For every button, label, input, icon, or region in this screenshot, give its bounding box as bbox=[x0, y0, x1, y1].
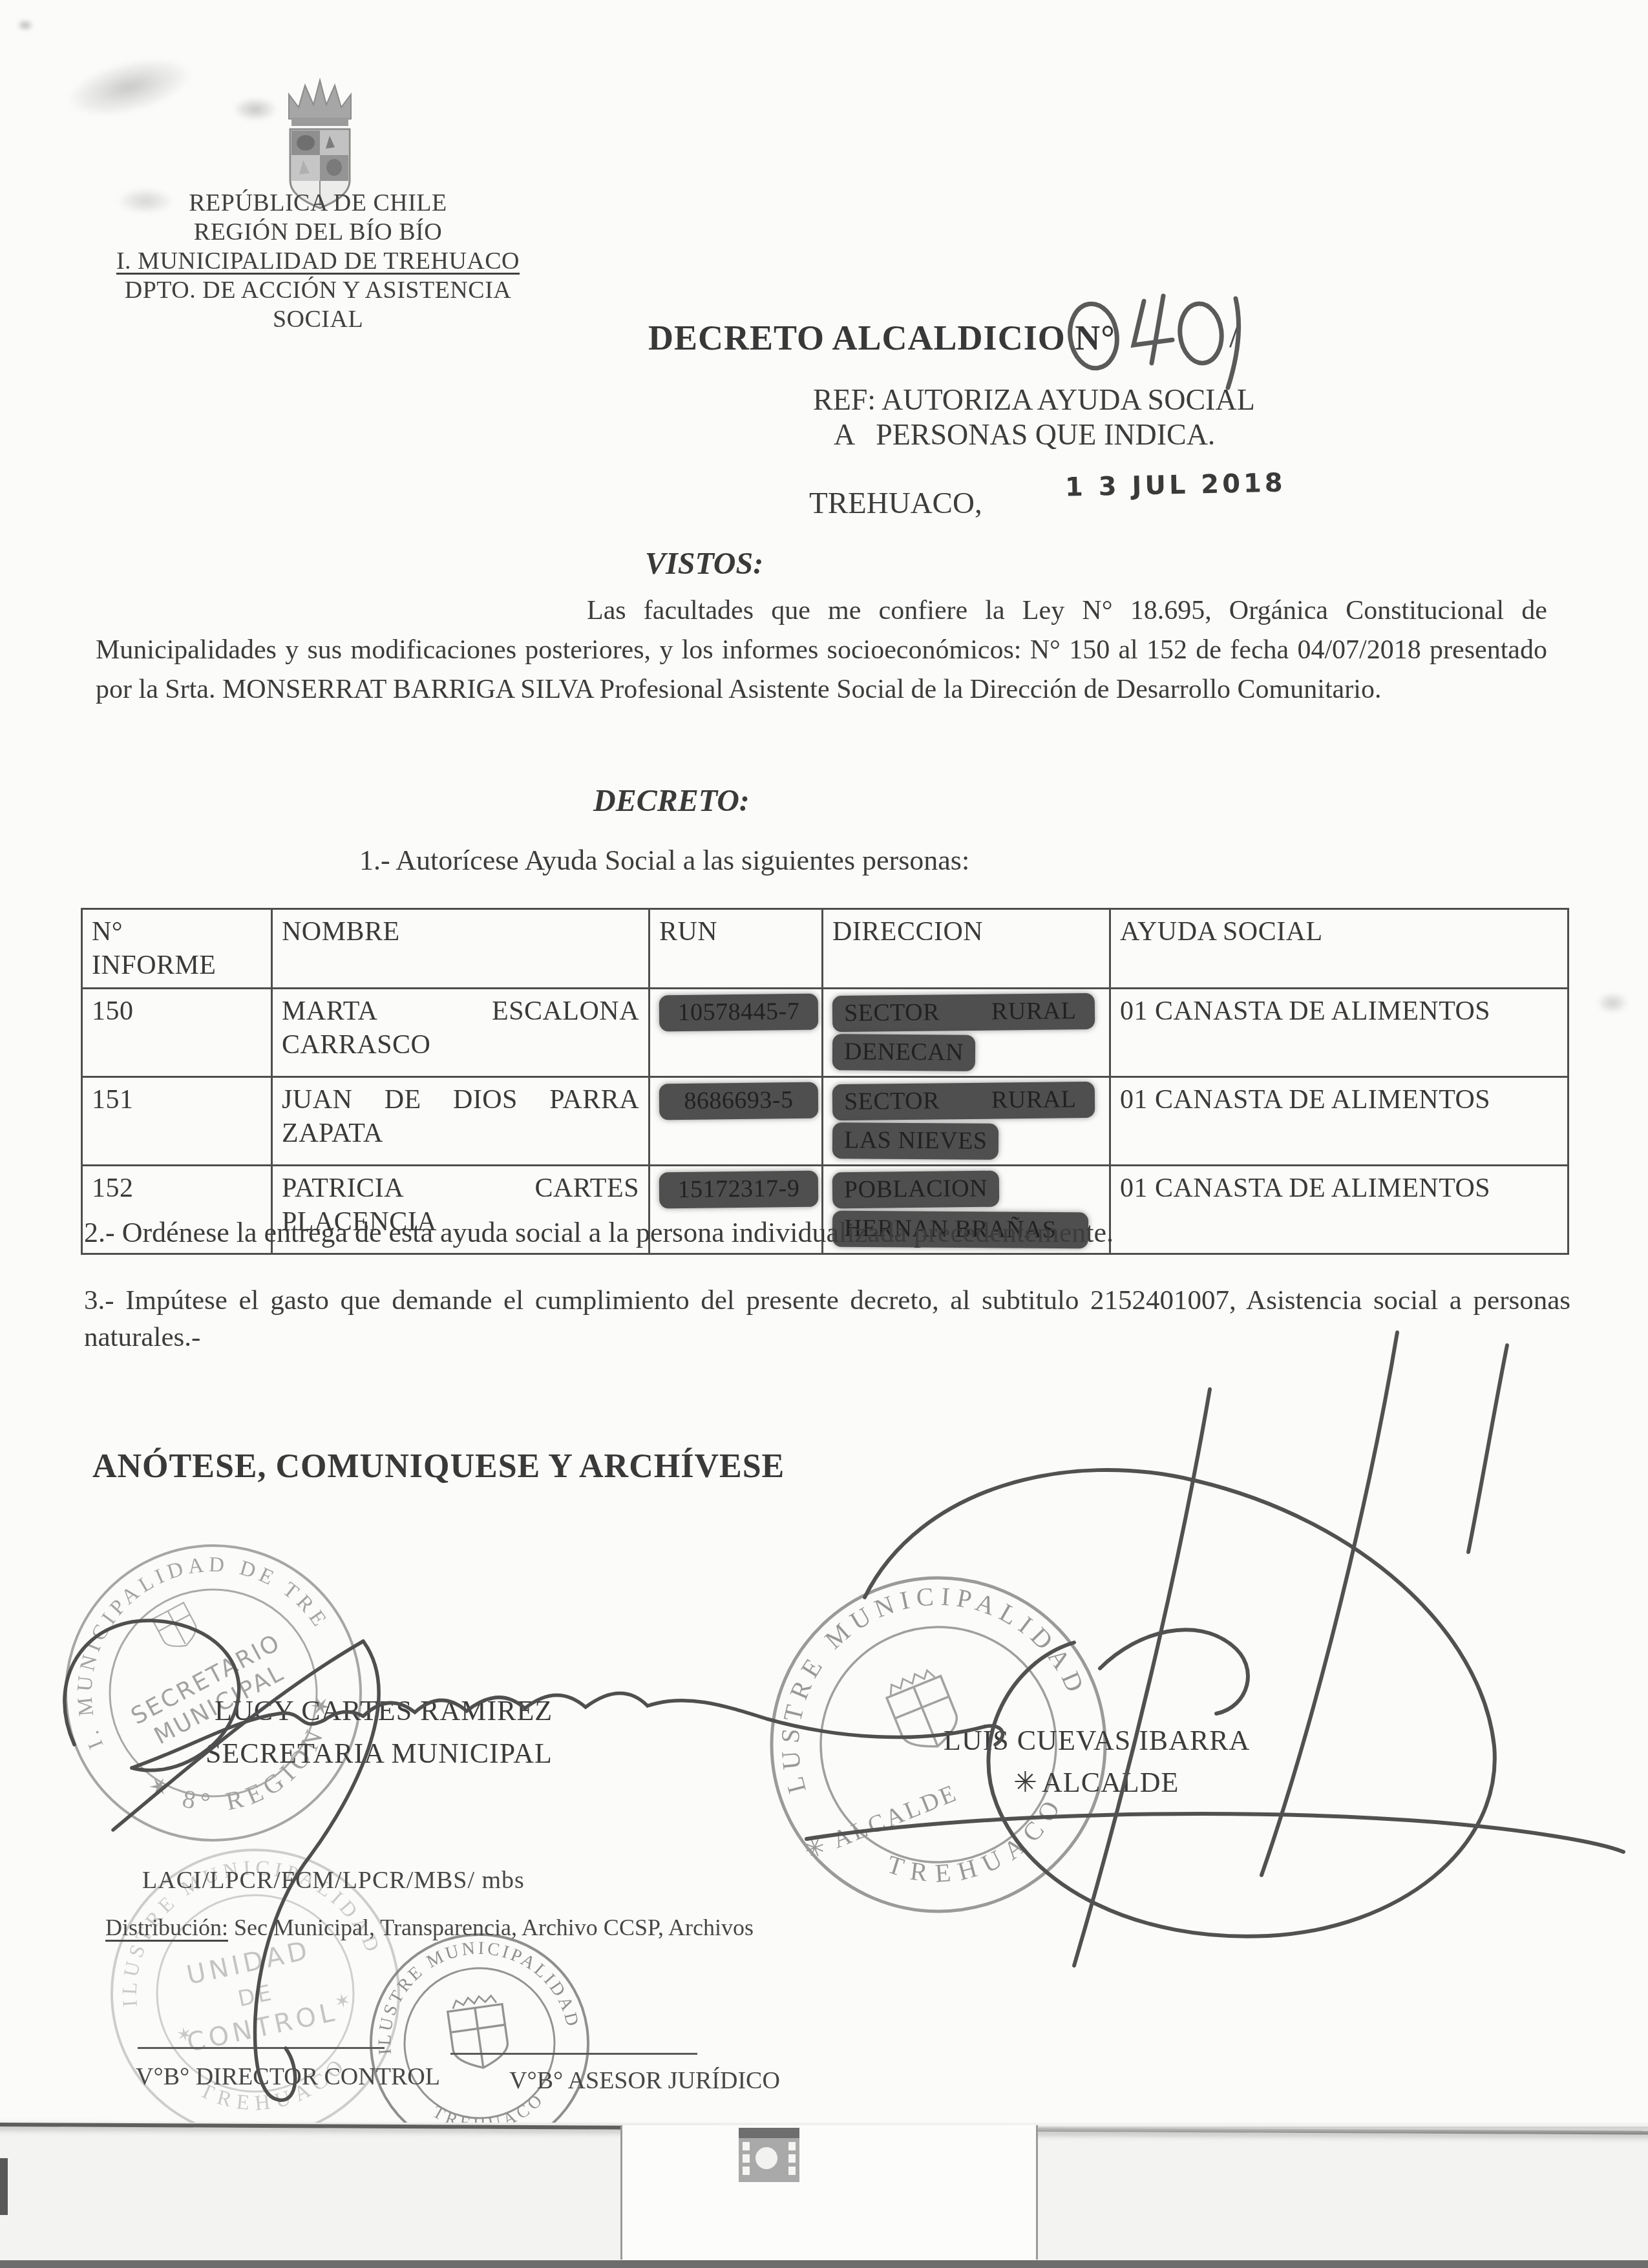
film-icon bbox=[739, 2128, 799, 2182]
table-header-row: N° INFORME NOMBRE RUN DIRECCION AYUDA SO… bbox=[82, 909, 1569, 989]
signer-left-name: LUCY CARTES RAMIREZ bbox=[215, 1694, 553, 1727]
cell-informe: 150 bbox=[82, 989, 272, 1077]
redaction-bar: 10578445-7 bbox=[659, 994, 819, 1032]
reference-block: REF: AUTORIZA AYUDA SOCIAL A PERSONAS QU… bbox=[813, 383, 1255, 452]
signer-left-role: SECRETARIA MUNICIPAL bbox=[206, 1737, 553, 1770]
svg-text:DE: DE bbox=[235, 1980, 276, 2013]
cell-nombre: JUAN DE DIOS PARRA ZAPATA bbox=[272, 1077, 650, 1166]
scan-bottom-band bbox=[0, 2260, 1648, 2268]
edge-shadow-right bbox=[1038, 2126, 1648, 2138]
film-band bbox=[739, 2128, 799, 2138]
distribution-label: Distribución: bbox=[105, 1915, 228, 1940]
date-stamp: 1 3 JUL 2018 bbox=[1065, 468, 1287, 502]
cell-nombre: MARTA ESCALONA CARRASCO bbox=[272, 989, 650, 1077]
stamp-secretaria-municipal: I. MUNICIPALIDAD DE TRE ✶ 8° REGIÓN ✶ SE… bbox=[14, 1494, 413, 1893]
closing-formula: ANÓTESE, COMUNIQUESE Y ARCHÍVESE bbox=[92, 1447, 785, 1486]
svg-text:✳ ALCALDE: ✳ ALCALDE bbox=[801, 1779, 962, 1865]
cell-run: 10578445-7 bbox=[650, 989, 823, 1077]
signer-right-role: ALCALDE bbox=[1042, 1766, 1179, 1799]
signer-right-name: LUIS CUEVAS IBARRA bbox=[944, 1724, 1250, 1757]
backing-paper-strip bbox=[620, 2125, 1038, 2260]
col-header-ayuda: AYUDA SOCIAL bbox=[1110, 909, 1569, 989]
decreto-point-2: 2.- Ordénese la entrega de esta ayuda so… bbox=[84, 1216, 1570, 1249]
place-line: TREHUACO, bbox=[809, 486, 982, 521]
decreto-label: DECRETO: bbox=[593, 783, 750, 819]
cell-run: 8686693-5 bbox=[650, 1077, 823, 1166]
letterhead-line: I. MUNICIPALIDAD DE TREHUACO bbox=[84, 247, 552, 276]
film-blob bbox=[755, 2147, 777, 2169]
cell-ayuda: 01 CANASTA DE ALIMENTOS bbox=[1110, 1077, 1569, 1166]
page-title: DECRETO ALCALDICIO N° bbox=[648, 318, 1115, 358]
vistos-paragraph: Las facultades que me confiere la Ley N°… bbox=[96, 591, 1547, 709]
ref-line2: A PERSONAS QUE INDICA. bbox=[834, 418, 1215, 451]
vb-asesor-juridico: V°B° ASESOR JURÍDICO bbox=[509, 2066, 780, 2095]
redaction-bar: LAS NIEVES bbox=[832, 1122, 999, 1160]
distribution-text: Sec.Municipal, Transparencia, Archivo CC… bbox=[228, 1915, 754, 1940]
vb-right-line bbox=[450, 2053, 697, 2055]
svg-text:ILUSTRE MUNICIPALIDAD: ILUSTRE MUNICIPALIDAD bbox=[361, 1925, 584, 2057]
col-header-informe: N° INFORME bbox=[82, 909, 272, 989]
letterhead-line: DPTO. DE ACCIÓN Y ASISTENCIA SOCIAL bbox=[84, 276, 552, 334]
signer-right-role-star: ✳ bbox=[1013, 1766, 1038, 1799]
col-header-direccion: DIRECCION bbox=[823, 909, 1110, 989]
col-header-run: RUN bbox=[650, 909, 823, 989]
letterhead-line: REPÚBLICA DE CHILE bbox=[84, 189, 552, 218]
cell-direccion: SECTOR RURAL LAS NIEVES bbox=[823, 1077, 1110, 1166]
svg-text:UNIDAD: UNIDAD bbox=[184, 1935, 314, 1991]
ref-line1: REF: AUTORIZA AYUDA SOCIAL bbox=[813, 383, 1255, 416]
scan-left-edge bbox=[0, 2158, 8, 2215]
cell-ayuda: 01 CANASTA DE ALIMENTOS bbox=[1110, 989, 1569, 1077]
redaction-bar: SECTOR RURAL bbox=[832, 993, 1095, 1032]
redaction-bar: POBLACION bbox=[832, 1171, 1000, 1209]
table-row: 151 JUAN DE DIOS PARRA ZAPATA 8686693-5 … bbox=[82, 1077, 1569, 1166]
col-header-nombre: NOMBRE bbox=[272, 909, 650, 989]
vb-left-line bbox=[138, 2047, 385, 2049]
redaction-bar: 8686693-5 bbox=[659, 1082, 819, 1120]
letterhead-line: REGIÓN DEL BÍO BÍO bbox=[84, 218, 552, 247]
redaction-bar: SECTOR RURAL bbox=[832, 1082, 1095, 1120]
responsibility-initials: LACI/LPCR/FCM/LPCR/MBS/ mbs bbox=[142, 1866, 525, 1895]
scan-background bbox=[0, 2123, 1648, 2268]
cell-informe: 151 bbox=[82, 1077, 272, 1166]
vb-director-control: V°B° DIRECTOR CONTROL bbox=[136, 2063, 440, 2091]
beneficiaries-table: N° INFORME NOMBRE RUN DIRECCION AYUDA SO… bbox=[81, 908, 1569, 1255]
letterhead: REPÚBLICA DE CHILE REGIÓN DEL BÍO BÍO I.… bbox=[84, 189, 552, 334]
svg-text:✶: ✶ bbox=[174, 2022, 195, 2048]
decreto-point-1: 1.- Autorícese Ayuda Social a las siguie… bbox=[359, 844, 969, 877]
redaction-bar: 15172317-9 bbox=[659, 1171, 819, 1209]
vistos-label: VISTOS: bbox=[645, 546, 763, 582]
redaction-bar: DENECAN bbox=[832, 1034, 975, 1071]
title-slash: / bbox=[1229, 313, 1240, 356]
table-row: 150 MARTA ESCALONA CARRASCO 10578445-7 S… bbox=[82, 989, 1569, 1077]
decreto-point-3: 3.- Impútese el gasto que demande el cum… bbox=[84, 1282, 1570, 1356]
cell-direccion: SECTOR RURAL DENECAN bbox=[823, 989, 1110, 1077]
